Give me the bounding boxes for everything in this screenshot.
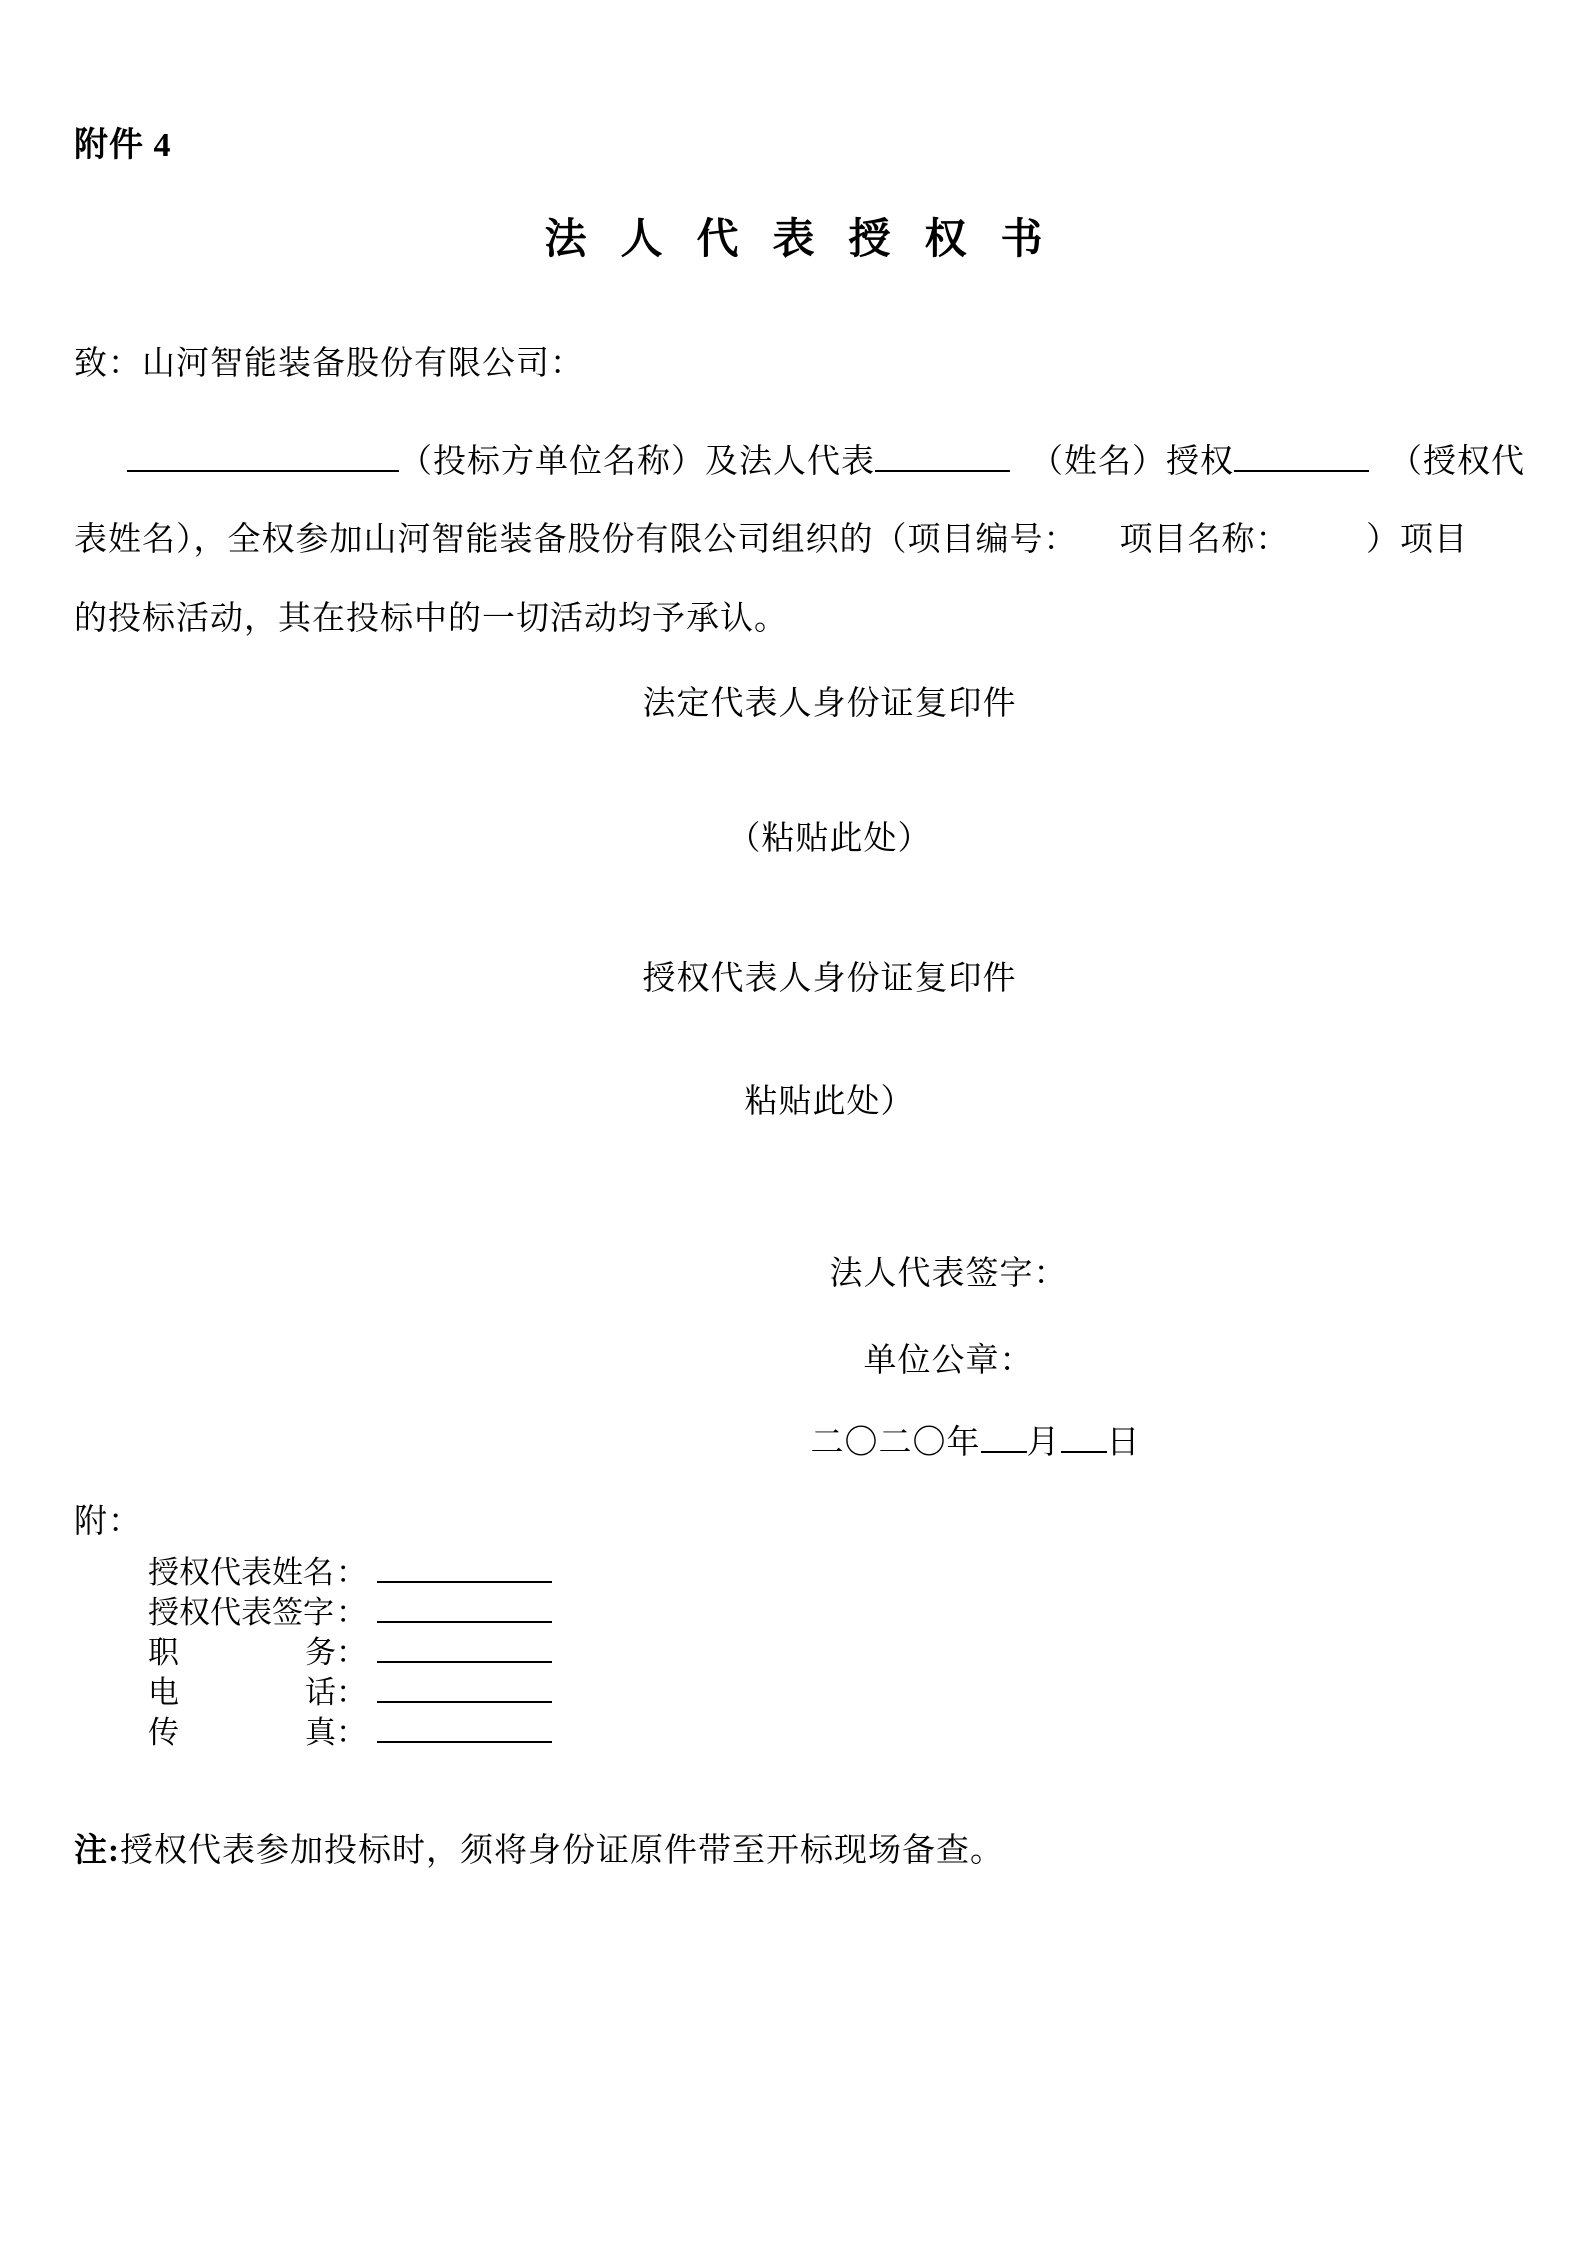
date-month-text: 月	[1027, 1425, 1061, 1461]
authorized-rep-name-blank	[1234, 438, 1369, 472]
attachment-number: 附件 4	[74, 124, 172, 168]
footer-note-prefix: 注:	[74, 1833, 120, 1869]
legal-rep-name-blank	[875, 438, 1010, 472]
footer-note-text: 授权代表参加投标时，须将身份证原件带至开标现场备查。	[120, 1833, 1004, 1869]
appendix-row-authorized-rep-name: 授权代表姓名：	[148, 1551, 552, 1593]
company-seal-label: 单位公章：	[0, 1339, 1587, 1383]
date-day-blank	[1061, 1419, 1107, 1453]
body-paragraph-line-2: 表姓名），全权参加山河智能装备股份有限公司组织的（项目编号：项目名称：）项目	[74, 518, 1468, 562]
authorization-letter-page: 附件 4 法人代表授权书 致：山河智能装备股份有限公司： （投标方单位名称）及法…	[0, 0, 1587, 2245]
appendix-row-label: 职务	[148, 1633, 336, 1673]
appendix-heading: 附：	[74, 1500, 142, 1544]
body-paragraph-line-3: 的投标活动，其在投标中的一切活动均予承认。	[74, 597, 788, 641]
authorized-rep-name-line	[377, 1551, 552, 1583]
date-line: 二〇二〇年月日	[0, 1419, 1587, 1465]
appendix-row-colon: ：	[336, 1635, 367, 1670]
fax-line	[377, 1711, 552, 1743]
date-year-text: 二〇二〇年	[811, 1425, 981, 1461]
body-paragraph-line-1: （投标方单位名称）及法人代表（姓名）授权（授权代	[74, 438, 1525, 484]
authorized-rep-signature-line	[377, 1591, 552, 1623]
appendix-row-fax: 传真：	[148, 1711, 552, 1753]
appendix-row-colon: ：	[336, 1595, 367, 1630]
body-line1-segment-1: （投标方单位名称）及法人代表	[399, 444, 875, 480]
phone-line	[377, 1671, 552, 1703]
legal-rep-id-heading: 法定代表人身份证复印件	[0, 682, 1587, 726]
body-line2-segment-3: ）项目	[1366, 522, 1468, 558]
appendix-row-label: 授权代表姓名	[148, 1553, 336, 1593]
legal-rep-id-paste-note: （粘贴此处）	[0, 817, 1587, 861]
appendix-row-phone: 电话：	[148, 1671, 552, 1713]
appendix-row-colon: ：	[336, 1715, 367, 1750]
date-day-text: 日	[1107, 1425, 1141, 1461]
document-title: 法人代表授权书	[0, 206, 1587, 266]
body-line2-segment-2: 项目名称：	[1120, 522, 1274, 558]
footer-note: 注:授权代表参加投标时，须将身份证原件带至开标现场备查。	[74, 1829, 1004, 1873]
salutation-line: 致：山河智能装备股份有限公司：	[74, 342, 584, 386]
date-month-blank	[981, 1419, 1027, 1453]
legal-rep-signature-label: 法人代表签字：	[0, 1252, 1587, 1296]
bidder-name-blank	[127, 438, 399, 472]
appendix-row-authorized-rep-signature: 授权代表签字：	[148, 1591, 552, 1633]
appendix-row-label: 授权代表签字	[148, 1593, 336, 1633]
auth-rep-id-paste-note: 粘贴此处）	[0, 1080, 1587, 1124]
position-line	[377, 1631, 552, 1663]
body-line1-segment-2: （姓名）授权	[1030, 444, 1234, 480]
body-line1-segment-3: （授权代	[1389, 444, 1525, 480]
appendix-row-label: 传真	[148, 1713, 336, 1753]
appendix-row-colon: ：	[336, 1675, 367, 1710]
body-line2-segment-1: 表姓名），全权参加山河智能装备股份有限公司组织的（项目编号：	[74, 522, 1078, 558]
appendix-row-position: 职务：	[148, 1631, 552, 1673]
auth-rep-id-heading: 授权代表人身份证复印件	[0, 957, 1587, 1001]
appendix-row-colon: ：	[336, 1555, 367, 1590]
appendix-row-label: 电话	[148, 1673, 336, 1713]
